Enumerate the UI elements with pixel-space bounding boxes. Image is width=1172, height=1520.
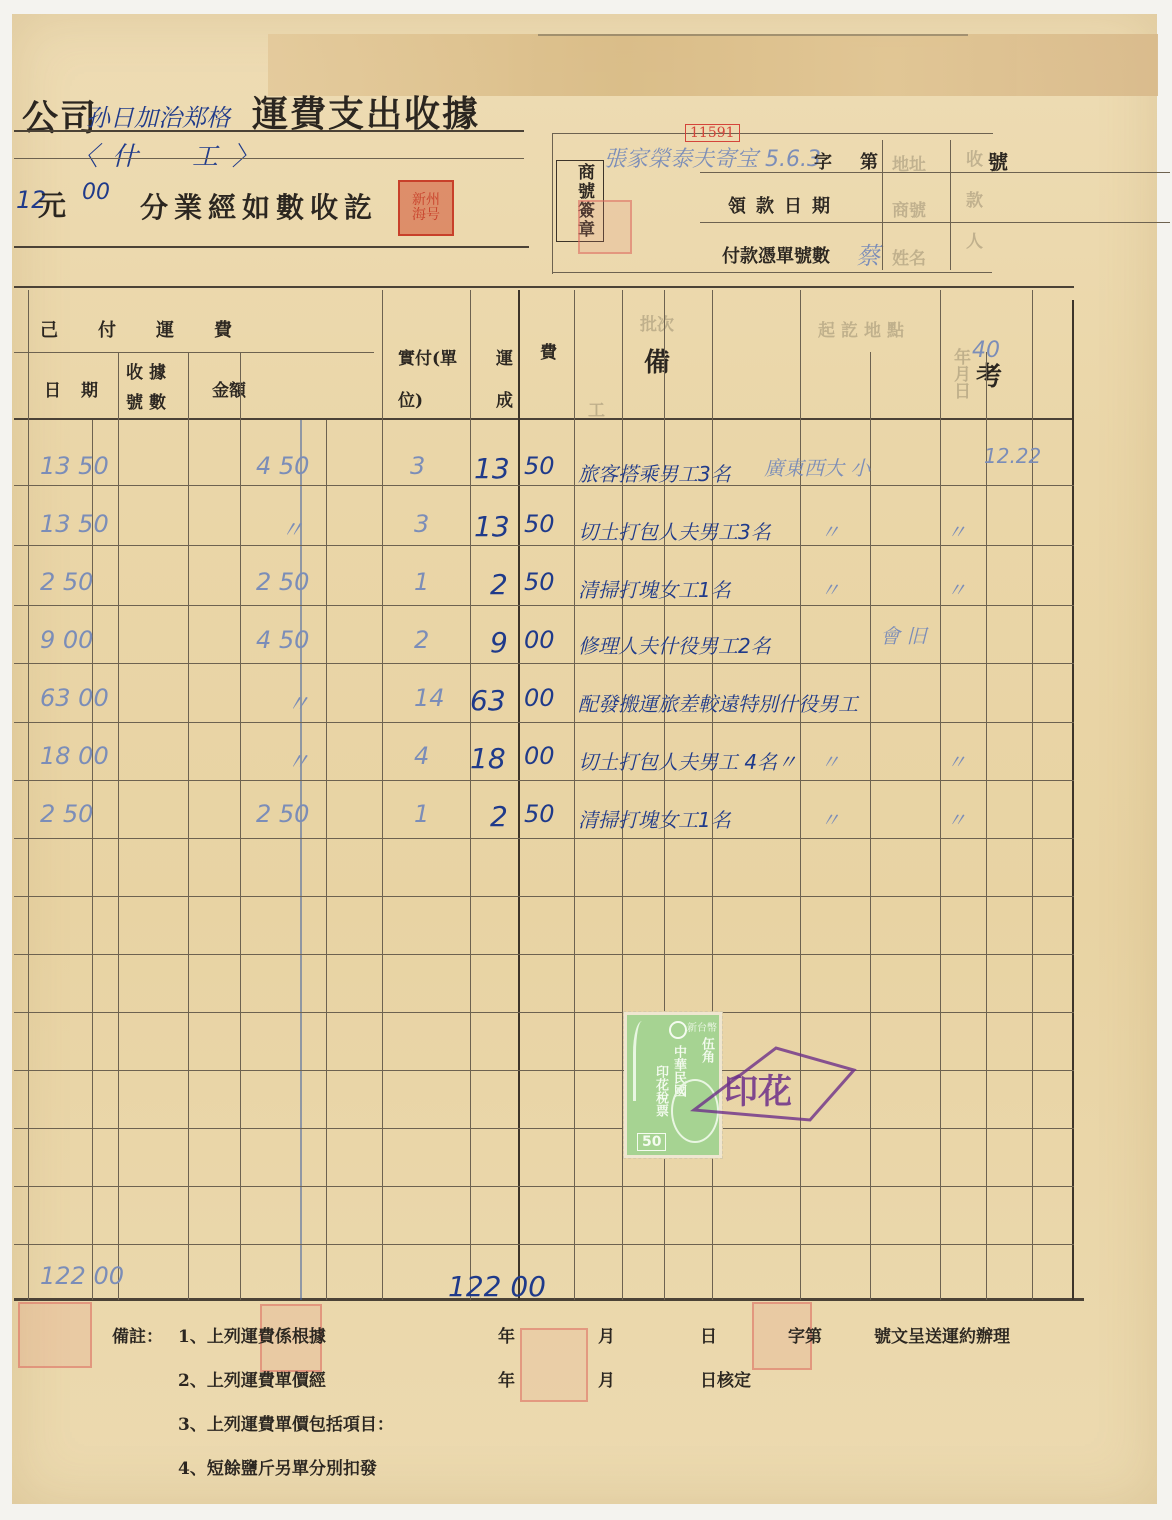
red-seal-bottom-center: [520, 1328, 588, 1402]
signature-handwritten: 蔡: [856, 236, 880, 271]
received-phrase: 分業經如數收訖: [140, 186, 378, 226]
row-total: 13: [474, 510, 510, 543]
grid-v: [800, 290, 801, 1300]
grid-v: [326, 420, 327, 1300]
amount-rule: [14, 246, 529, 248]
red-serial-number: 11591: [685, 124, 740, 142]
row-cents: 50: [524, 510, 555, 538]
subtitle-handwritten: 〈什 工〉: [72, 136, 272, 173]
side-head: 收款人: [960, 150, 985, 273]
grid-v: [240, 352, 241, 1300]
row-units: 3: [414, 510, 429, 538]
grid-v: [188, 352, 189, 1300]
row-total: 13: [474, 452, 510, 485]
stamp-type: 印花稅票: [651, 1065, 670, 1117]
payee-rule-1: [700, 172, 1170, 173]
row-line: [14, 663, 1074, 664]
row-line: [14, 780, 1074, 781]
payee-seal: [578, 200, 632, 254]
col-remarks-bei: 備: [644, 342, 670, 379]
grid-v: [470, 290, 471, 1300]
col-route: 起訖地點: [818, 316, 910, 341]
row1-zi: 字: [814, 148, 832, 174]
row-cents: 00: [524, 626, 555, 654]
side-col-name: 姓名: [892, 244, 926, 269]
payee-divider-2: [950, 140, 951, 270]
payee-rule-2: [700, 222, 1170, 223]
row-left-amount: 18 00: [40, 742, 109, 770]
row-cents: 50: [524, 452, 555, 480]
row-line: [14, 896, 1074, 897]
row-line: [14, 1244, 1074, 1245]
red-seal-top: 新州 海号: [398, 180, 454, 236]
payee-name-handwritten: 張家榮泰夫寄宝 5.6.3: [604, 142, 821, 173]
row-cents: 50: [524, 800, 555, 828]
row-left-unit: 2 50: [256, 568, 309, 596]
sun-emblem-icon: [669, 1021, 687, 1039]
row-cents: 00: [524, 684, 555, 712]
row-description: 修理人夫什役男工2名: [578, 630, 771, 659]
stamp-value: 50: [637, 1133, 666, 1151]
note-line-2-day: 日核定: [700, 1366, 751, 1391]
red-seal-bottom-left: [18, 1302, 92, 1368]
voucher-no-label: 付款憑單號數: [722, 242, 830, 268]
col-remarks-kao: 考: [976, 356, 1002, 393]
grid-v: [940, 290, 941, 1300]
amount-unit: 元: [38, 184, 66, 224]
row-route: 〃 〃: [820, 516, 1016, 545]
row-left-amount: 2 50: [40, 568, 93, 596]
row-left-unit: 4 50: [256, 626, 309, 654]
row-left-amount: 9 00: [40, 626, 93, 654]
row-left-unit: 4 50: [256, 452, 309, 480]
row-line: [14, 954, 1074, 955]
note-line-1-day: 日: [700, 1322, 717, 1347]
row-line: [14, 1070, 1074, 1071]
row-total: 18: [470, 742, 506, 775]
row-line: [14, 1012, 1074, 1013]
note-line-2: 2、上列運費單價經: [178, 1366, 326, 1391]
note-line-1-zi: 字第: [788, 1322, 822, 1347]
side-col-address: 地址: [892, 150, 926, 175]
table-right-border: [1072, 300, 1074, 1300]
row-units: 4: [414, 742, 429, 770]
row-cents: 00: [524, 742, 555, 770]
title-rule: [14, 130, 524, 132]
col-labor: 工: [588, 396, 605, 421]
col-fee: 費: [540, 338, 557, 363]
row-left-amount: 13 50: [40, 510, 109, 538]
table-bottom-rule: [14, 1298, 1084, 1301]
grid-v: [28, 290, 29, 1300]
row-units: 1: [414, 568, 429, 596]
row-units: 2: [414, 626, 429, 654]
title-handwritten: 孙日加治郑格: [86, 98, 230, 133]
table-header-bottom: [14, 418, 1074, 420]
row-route: 〃 〃: [820, 804, 1016, 833]
row-line: [14, 485, 1074, 486]
notes-label: 備註：: [112, 1322, 163, 1347]
grid-v: [622, 290, 623, 1300]
col-date: 日期: [44, 376, 118, 401]
note-line-4: 4、短餘鹽斤另單分別扣發: [178, 1454, 377, 1479]
row-description: 清掃打塊女工1名: [578, 804, 731, 833]
grid-v: [574, 290, 575, 1300]
row-route: 會 旧: [880, 620, 926, 649]
row-left-unit: 2 50: [256, 800, 309, 828]
row-total: 2: [490, 568, 508, 601]
note-line-1: 1、上列運費係根據: [178, 1322, 326, 1347]
row-route: 〃 〃: [820, 746, 1016, 775]
row-left-amount: 2 50: [40, 800, 93, 828]
note-line-3: 3、上列運費單價包括項目：: [178, 1410, 394, 1435]
row-units: 1: [414, 800, 429, 828]
col-receipt-no: 收據號數: [126, 358, 186, 418]
payee-bottom: [552, 272, 992, 273]
row-total: 63: [470, 684, 506, 717]
claim-date-label: 領款日期: [728, 192, 840, 218]
row1-hao: 號: [988, 146, 1008, 175]
note-line-2-year: 年: [498, 1366, 515, 1391]
grid-v: [1032, 290, 1033, 1300]
table-top-rule: [14, 286, 1074, 288]
cancel-mark-text: 印花: [724, 1064, 792, 1113]
row-route: 廣東西大 小: [764, 452, 870, 481]
row-units: 14: [414, 684, 445, 712]
payee-divider-1: [882, 140, 883, 270]
grid-v: [118, 352, 119, 1300]
row-line: [14, 605, 1074, 606]
row-line: [14, 838, 1074, 839]
col-batch: 批次: [640, 310, 674, 335]
row-line: [14, 545, 1074, 546]
row-left-unit: 〃: [286, 742, 310, 777]
col-rate: 運成: [496, 338, 516, 422]
total-left-handwritten: 122 00: [40, 1262, 124, 1290]
row-description: 切土打包人夫男工3名: [578, 516, 771, 545]
grid-v: [518, 290, 520, 1300]
row-note: 12.22: [984, 444, 1041, 468]
row-description: 配發搬運旅差較遠特別什役男工: [578, 688, 858, 717]
group-header: 己付運費: [40, 316, 272, 342]
row-left-amount: 13 50: [40, 452, 109, 480]
row-line: [14, 1128, 1074, 1129]
row-units: 3: [410, 452, 425, 480]
amount-cents: 00: [82, 180, 110, 205]
row-route: 〃 〃: [820, 574, 1016, 603]
note-line-1-year: 年: [498, 1322, 515, 1347]
stamp-top-label: 新台幣: [687, 1019, 717, 1034]
col-unit-count: 實付(單位): [398, 338, 478, 422]
cancel-mark: 印花: [690, 1040, 860, 1130]
row-line: [14, 722, 1074, 723]
note-line-1-month: 月: [598, 1322, 615, 1347]
col-date-received: 年月日: [948, 348, 973, 399]
row-left-amount: 63 00: [40, 684, 109, 712]
row-total: 9: [490, 626, 508, 659]
row-left-unit: 〃: [286, 684, 310, 719]
row-line: [14, 1186, 1074, 1187]
note-line-2-month: 月: [598, 1366, 615, 1391]
row-cents: 50: [524, 568, 555, 596]
row-description: 旅客搭乘男工3名: [578, 458, 731, 487]
total-center-handwritten: 122 00: [448, 1270, 546, 1303]
note-line-1-tail: 號文呈送運約辦理: [874, 1322, 1010, 1347]
subtitle-rule: [14, 158, 524, 159]
grid-v: [92, 420, 93, 1300]
grid-v: [382, 290, 383, 1300]
row-total: 2: [490, 800, 508, 833]
group-header-rule: [14, 352, 374, 353]
row-description: 清掃打塊女工1名: [578, 574, 731, 603]
grid-v-blue: [300, 420, 302, 1300]
row-left-unit: 〃: [280, 510, 304, 545]
side-col-shop: 商號: [892, 196, 926, 221]
row-description: 切土打包人夫男工 4名〃: [578, 746, 797, 775]
row1-di: 第: [860, 148, 878, 174]
